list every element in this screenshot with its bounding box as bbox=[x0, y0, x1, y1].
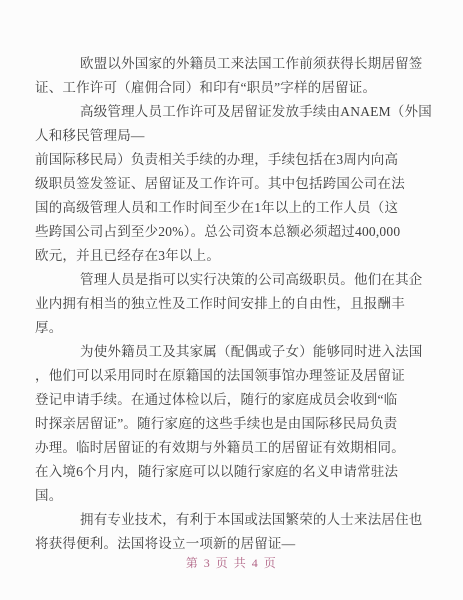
page-number-footer: 第 3 页 共 4 页 bbox=[0, 556, 463, 570]
text-line: 高级管理人员工作许可及居留证发放手续由ANAEM（外国 bbox=[35, 100, 435, 124]
text-line: 级职员签发签证、居留证及工作许可。其中包括跨国公司在法 bbox=[35, 172, 435, 196]
text-line: 办理。临时居留证的有效期与外籍员工的居留证有效期相同。 bbox=[35, 436, 435, 460]
text-line: 国的高级管理人员和工作时间至少在1年以上的工作人员（这 bbox=[35, 196, 435, 220]
document-body-text: 欧盟以外国家的外籍员工来法国工作前须获得长期居留签 证、工作许可（雇佣合同）和印… bbox=[35, 52, 435, 556]
text-line: 证、工作许可（雇佣合同）和印有“职员”字样的居留证。 bbox=[35, 76, 435, 100]
text-line: 拥有专业技术，有利于本国或法国繁荣的人士来法居住也 bbox=[35, 508, 435, 532]
text-line: 人和移民管理局— bbox=[35, 124, 435, 148]
text-line: 登记申请手续。在通过体检以后，随行的家庭成员会收到“临 bbox=[35, 388, 435, 412]
text-line: 前国际移民局）负责相关手续的办理，手续包括在3周内向高 bbox=[35, 148, 435, 172]
text-line: 些跨国公司占到至少20%）。总公司资本总额必须超过400,000 bbox=[35, 220, 435, 244]
text-line: 为使外籍员工及其家属（配偶或子女）能够同时进入法国 bbox=[35, 340, 435, 364]
text-line: 在入境6个月内，随行家庭可以以随行家庭的名义申请常驻法 bbox=[35, 460, 435, 484]
text-line: 国。 bbox=[35, 484, 435, 508]
text-line: 业内拥有相当的独立性及工作时间安排上的自由性，且报酬丰 bbox=[35, 292, 435, 316]
text-line: 欧元，并且已经存在3年以上。 bbox=[35, 244, 435, 268]
text-line: ，他们可以采用同时在原籍国的法国领事馆办理签证及居留证 bbox=[35, 364, 435, 388]
document-page: 欧盟以外国家的外籍员工来法国工作前须获得长期居留签 证、工作许可（雇佣合同）和印… bbox=[0, 0, 463, 600]
text-line: 管理人员是指可以实行决策的公司高级职员。他们在其企 bbox=[35, 268, 435, 292]
text-line: 将获得便利。法国将设立一项新的居留证— bbox=[35, 532, 435, 556]
text-line: 欧盟以外国家的外籍员工来法国工作前须获得长期居留签 bbox=[35, 52, 435, 76]
text-line: 时探亲居留证”。随行家庭的这些手续也是由国际移民局负责 bbox=[35, 412, 435, 436]
text-line: 厚。 bbox=[35, 316, 435, 340]
